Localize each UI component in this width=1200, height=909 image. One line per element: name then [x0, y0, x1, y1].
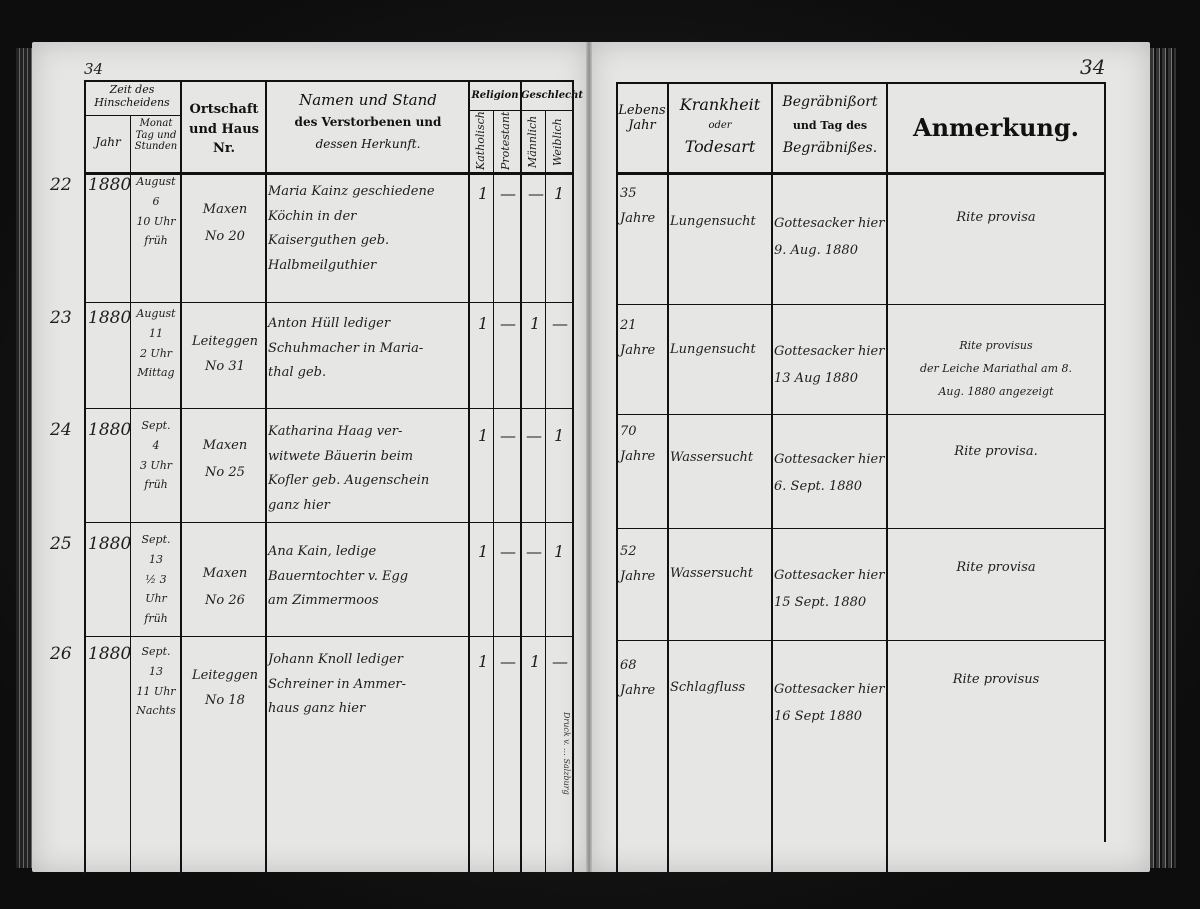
header-year: Jahr — [86, 136, 130, 150]
entry-date: Sept. 13 ½ 3 Uhr früh — [133, 530, 179, 629]
entry-place: Maxen No 20 — [186, 196, 264, 251]
entry-protestant: — — [500, 426, 516, 445]
row-line — [616, 528, 1106, 529]
row-line — [616, 304, 1106, 305]
col-line — [572, 80, 574, 875]
entry-catholic: 1 — [478, 542, 488, 561]
entry-cause: Wassersucht — [670, 446, 770, 471]
col-line — [180, 80, 182, 875]
col-line — [771, 82, 773, 875]
header-religion: Religion — [470, 90, 520, 102]
header-age: Lebens Jahr — [618, 104, 666, 134]
header-illness-1: Krankheit — [670, 96, 770, 114]
col-line — [520, 80, 522, 875]
entry-protestant: — — [500, 184, 516, 203]
printer-mark: Druck v. … Salzburg — [562, 712, 571, 795]
col-line — [493, 110, 494, 875]
entry-date: Sept. 13 11 Uhr Nachts — [133, 642, 179, 721]
entry-protestant: — — [500, 542, 516, 561]
header-burial-2: und Tag des — [774, 120, 886, 133]
header-illness-3: Todesart — [670, 138, 770, 156]
entry-burial: Gottesacker hier 13 Aug 1880 — [774, 338, 886, 393]
entry-name: Ana Kain, ledige Bauerntochter v. Egg am… — [268, 540, 468, 614]
entry-age: 35 Jahre — [620, 182, 666, 231]
table-top-line — [616, 82, 1106, 84]
header-name-status-1: Namen und Stand — [270, 92, 466, 109]
entry-burial: Gottesacker hier 15 Sept. 1880 — [774, 562, 886, 617]
entry-place: Leiteggen No 18 — [186, 664, 264, 713]
entry-remark: Rite provisa — [890, 556, 1102, 581]
header-name-status-2: des Verstorbenen und — [270, 116, 466, 130]
entry-name: Katharina Haag ver- witwete Bäuerin beim… — [268, 420, 468, 519]
header-place: Ortschaft und Haus Nr. — [186, 100, 262, 159]
entry-catholic: 1 — [478, 652, 488, 671]
header-female: Weiblich — [551, 114, 567, 170]
entry-catholic: 1 — [478, 426, 488, 445]
header-burial-1: Begräbnißort — [774, 94, 886, 110]
entry-place: Leiteggen No 31 — [186, 330, 264, 379]
entry-date: August 6 10 Uhr früh — [133, 172, 179, 251]
entry-catholic: 1 — [478, 184, 488, 203]
row-line — [84, 302, 574, 303]
entry-cause: Wassersucht — [670, 562, 770, 587]
header-protestant: Protestant — [499, 114, 515, 170]
entry-female: 1 — [554, 542, 564, 561]
col-line — [616, 82, 618, 875]
col-line — [468, 80, 470, 875]
col-line — [886, 82, 888, 875]
row-line — [84, 636, 574, 637]
right-page-number: 34 — [1080, 55, 1105, 79]
entry-number: 23 — [50, 308, 72, 328]
entry-female: — — [552, 652, 568, 671]
entry-protestant: — — [500, 314, 516, 333]
header-sex: Geschlecht — [521, 90, 573, 102]
entry-number: 25 — [50, 534, 72, 554]
entry-catholic: 1 — [478, 314, 488, 333]
entry-year: 1880 — [88, 644, 131, 664]
entry-date: August 11 2 Uhr Mittag — [133, 304, 179, 383]
header-burial-3: Begräbnißes. — [774, 140, 886, 156]
entry-place: Maxen No 26 — [186, 560, 264, 615]
entry-year: 1880 — [88, 534, 131, 554]
entry-male: — — [528, 184, 544, 203]
entry-date: Sept. 4 3 Uhr früh — [133, 416, 179, 495]
entry-cause: Schlagfluss — [670, 676, 770, 701]
entry-age: 70 Jahre — [620, 420, 666, 469]
col-line — [1104, 82, 1106, 842]
entry-year: 1880 — [88, 308, 131, 328]
entry-year: 1880 — [88, 175, 131, 195]
header-bottom-line — [616, 172, 1106, 175]
col-line — [84, 80, 86, 875]
header-name-status-3: dessen Herkunft. — [270, 138, 466, 152]
entry-cause: Lungensucht — [670, 338, 770, 363]
entry-cause: Lungensucht — [670, 210, 770, 235]
entry-female: 1 — [554, 426, 564, 445]
entry-male: — — [526, 426, 542, 445]
entry-remark: Rite provisus der Leiche Mariathal am 8.… — [890, 334, 1102, 403]
entry-remark: Rite provisus — [890, 668, 1102, 693]
entry-male: 1 — [530, 652, 540, 671]
entry-place: Maxen No 25 — [186, 432, 264, 487]
header-time-of-death: Zeit des Hinscheidens — [86, 84, 178, 109]
entry-remark: Rite provisa. — [890, 440, 1102, 465]
entry-male: — — [526, 542, 542, 561]
row-line — [616, 414, 1106, 415]
entry-age: 68 Jahre — [620, 654, 666, 703]
entry-female: 1 — [554, 184, 564, 203]
header-catholic: Katholisch — [474, 114, 490, 170]
entry-age: 21 Jahre — [620, 314, 666, 363]
row-line — [84, 408, 574, 409]
entry-male: 1 — [530, 314, 540, 333]
entry-remark: Rite provisa — [890, 206, 1102, 231]
entry-age: 52 Jahre — [620, 540, 666, 589]
book-gutter — [586, 42, 592, 872]
book-edge-right — [1150, 48, 1176, 868]
header-remarks: Anmerkung. — [890, 114, 1102, 142]
entry-burial: Gottesacker hier 16 Sept 1880 — [774, 676, 886, 731]
table-top-line — [84, 80, 574, 82]
entry-female: — — [552, 314, 568, 333]
col-line — [667, 82, 669, 875]
entry-protestant: — — [500, 652, 516, 671]
entry-name: Johann Knoll lediger Schreiner in Ammer-… — [268, 648, 468, 722]
entry-number: 26 — [50, 644, 72, 664]
entry-number: 24 — [50, 420, 72, 440]
entry-burial: Gottesacker hier 9. Aug. 1880 — [774, 210, 886, 265]
left-page-number: 34 — [84, 60, 103, 78]
col-line — [130, 115, 131, 875]
entry-burial: Gottesacker hier 6. Sept. 1880 — [774, 446, 886, 501]
entry-number: 22 — [50, 175, 72, 195]
row-line — [616, 640, 1106, 641]
col-line — [265, 80, 267, 875]
header-male: Männlich — [526, 114, 542, 170]
col-line — [545, 110, 546, 875]
entry-name: Anton Hüll lediger Schuhmacher in Maria-… — [268, 312, 468, 386]
row-line — [84, 522, 574, 523]
entry-year: 1880 — [88, 420, 131, 440]
subheader-line — [84, 115, 180, 116]
header-month-day-hour: Monat Tag und Stunden — [132, 118, 180, 153]
header-illness-2: oder — [670, 120, 770, 132]
entry-name: Maria Kainz geschiedene Köchin in der Ka… — [268, 180, 468, 279]
